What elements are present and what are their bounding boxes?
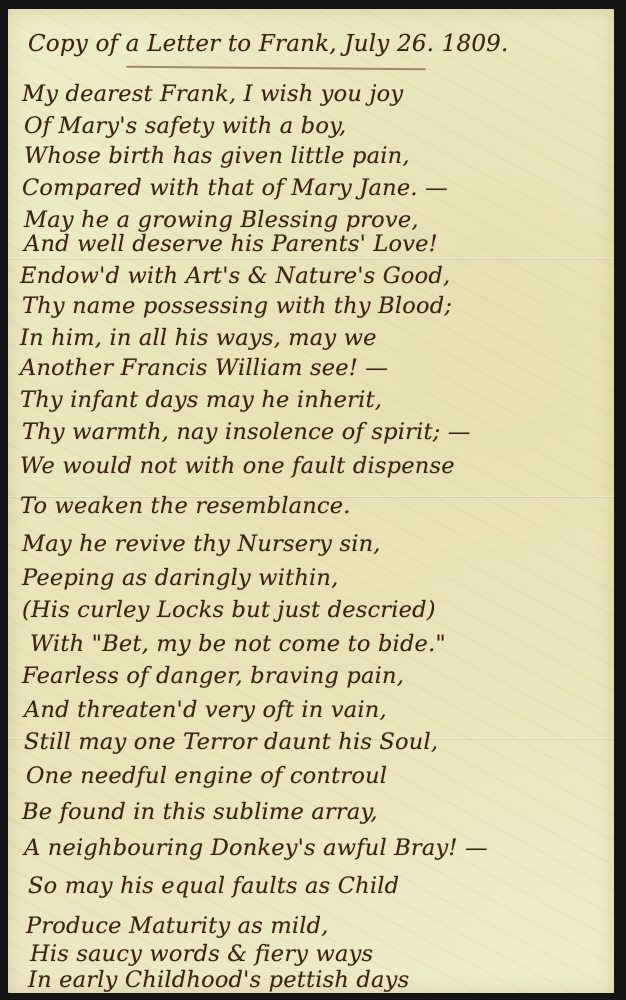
poem-line: In him, in all his ways, may we (20, 325, 377, 351)
poem-line: In early Childhood's pettish days (28, 967, 409, 993)
poem-line: Thy infant days may he inherit, (20, 387, 382, 413)
letter-heading: Copy of a Letter to Frank, July 26. 1809… (28, 31, 509, 57)
poem-line: We would not with one fault dispense (20, 453, 455, 479)
poem-line: Still may one Terror daunt his Soul, (24, 729, 438, 755)
poem-line: (His curley Locks but just descried) (22, 597, 436, 623)
fold-crease (8, 258, 614, 260)
heading-underline (126, 66, 426, 70)
poem-line: To weaken the resemblance. (20, 493, 351, 519)
poem-line: His saucy words & fiery ways (30, 941, 373, 967)
poem-line: Thy name possessing with thy Blood; (22, 293, 452, 319)
poem-line: With "Bet, my be not come to bide." (30, 631, 446, 657)
poem-line: Endow'd with Art's & Nature's Good, (20, 263, 450, 289)
poem-line: So may his equal faults as Child (28, 873, 399, 899)
poem-line: Whose birth has given little pain, (24, 143, 410, 169)
poem-line: Be found in this sublime array, (22, 799, 378, 825)
poem-line: Peeping as daringly within, (22, 565, 338, 591)
poem-line: And well deserve his Parents' Love! (24, 231, 438, 257)
poem-line: Thy warmth, nay insolence of spirit; — (22, 419, 471, 445)
poem-line: Compared with that of Mary Jane. — (22, 175, 448, 201)
poem-line: One needful engine of controul (26, 763, 387, 789)
poem-line: A neighbouring Donkey's awful Bray! — (24, 835, 488, 861)
poem-line: My dearest Frank, I wish you joy (22, 81, 403, 107)
poem-line: And threaten'd very oft in vain, (24, 697, 387, 723)
poem-line: May he a growing Blessing prove, (24, 207, 419, 233)
poem-line: May he revive thy Nursery sin, (22, 531, 381, 557)
poem-line: Fearless of danger, braving pain, (22, 663, 404, 689)
letter-page: Copy of a Letter to Frank, July 26. 1809… (8, 9, 614, 993)
poem-line: Produce Maturity as mild, (26, 913, 329, 939)
poem-line: Of Mary's safety with a boy, (24, 113, 346, 139)
poem-line: Another Francis William see! — (20, 355, 388, 381)
scan-frame: Copy of a Letter to Frank, July 26. 1809… (0, 0, 626, 1000)
